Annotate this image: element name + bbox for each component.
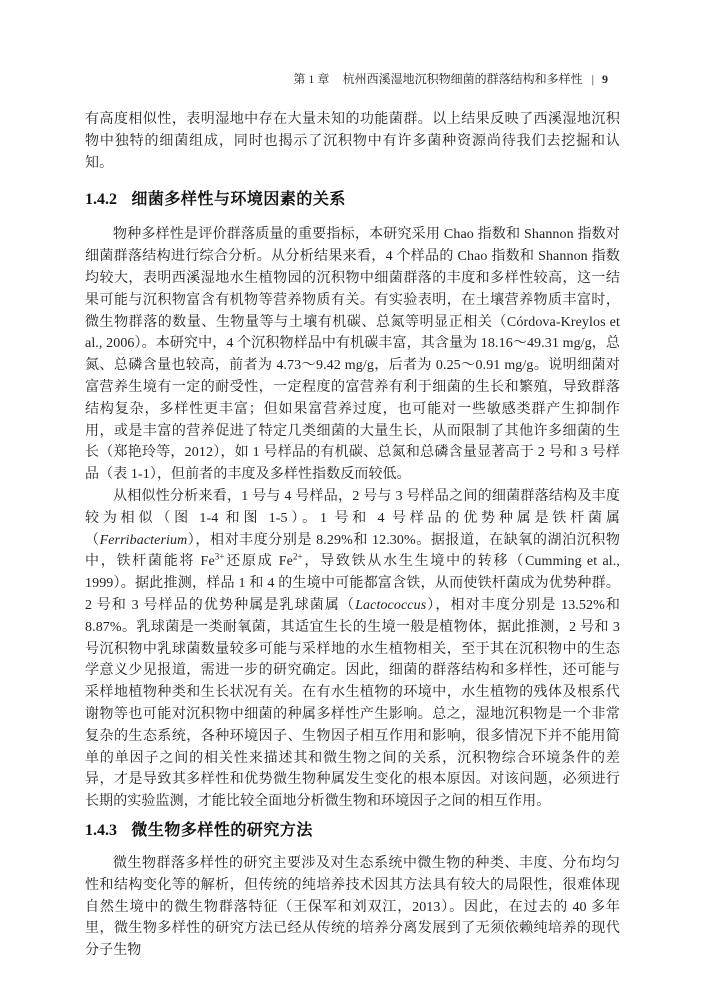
paragraph-research-methods: 微生物群落多样性的研究主要涉及对生态系统中微生物的种类、丰度、分布均匀性和结构变…: [85, 853, 620, 962]
section-title: 细菌多样性与环境因素的关系: [131, 191, 346, 208]
running-header-title: 杭州西溪湿地沉积物细菌的群落结构和多样性: [343, 72, 583, 86]
section-number: 1.4.3: [85, 822, 117, 839]
section-heading-1-4-3: 1.4.3微生物多样性的研究方法: [85, 822, 620, 840]
section-title: 微生物多样性的研究方法: [131, 822, 313, 839]
section-heading-1-4-2: 1.4.2细菌多样性与环境因素的关系: [85, 191, 620, 209]
superscript-fe2: 2+: [293, 552, 303, 562]
section-number: 1.4.2: [85, 191, 117, 208]
paragraph-similarity-analysis: 从相似性分析来看，1 号与 4 号样品，2 号与 3 号样品之间的细菌群落结构及…: [85, 486, 620, 813]
running-header: 第 1 章杭州西溪湿地沉积物细菌的群落结构和多样性|9: [85, 72, 620, 86]
text-segment: 还原成 Fe: [225, 554, 293, 569]
genus-name-ferribacterium: Ferribacterium: [100, 533, 188, 548]
intro-paragraph: 有高度相似性，表明湿地中存在大量未知的功能菌群。以上结果反映了西溪湿地沉积物中独…: [85, 109, 620, 174]
genus-name-lactococcus: Lactococcus: [355, 598, 426, 613]
running-header-separator: |: [592, 72, 594, 86]
text-segment: ），相对丰度分别是 13.52%和 8.87%。乳球菌是一类耐氧菌，其适宜生长的…: [85, 598, 620, 809]
running-header-chapter: 第 1 章: [293, 72, 329, 86]
page-number: 9: [602, 72, 608, 86]
superscript-fe3: 3+: [215, 552, 225, 562]
paragraph-diversity-environment: 物种多样性是评价群落质量的重要指标，本研究采用 Chao 指数和 Shannon…: [85, 224, 620, 486]
document-page: 第 1 章杭州西溪湿地沉积物细菌的群落结构和多样性|9 有高度相似性，表明湿地中…: [0, 0, 706, 982]
